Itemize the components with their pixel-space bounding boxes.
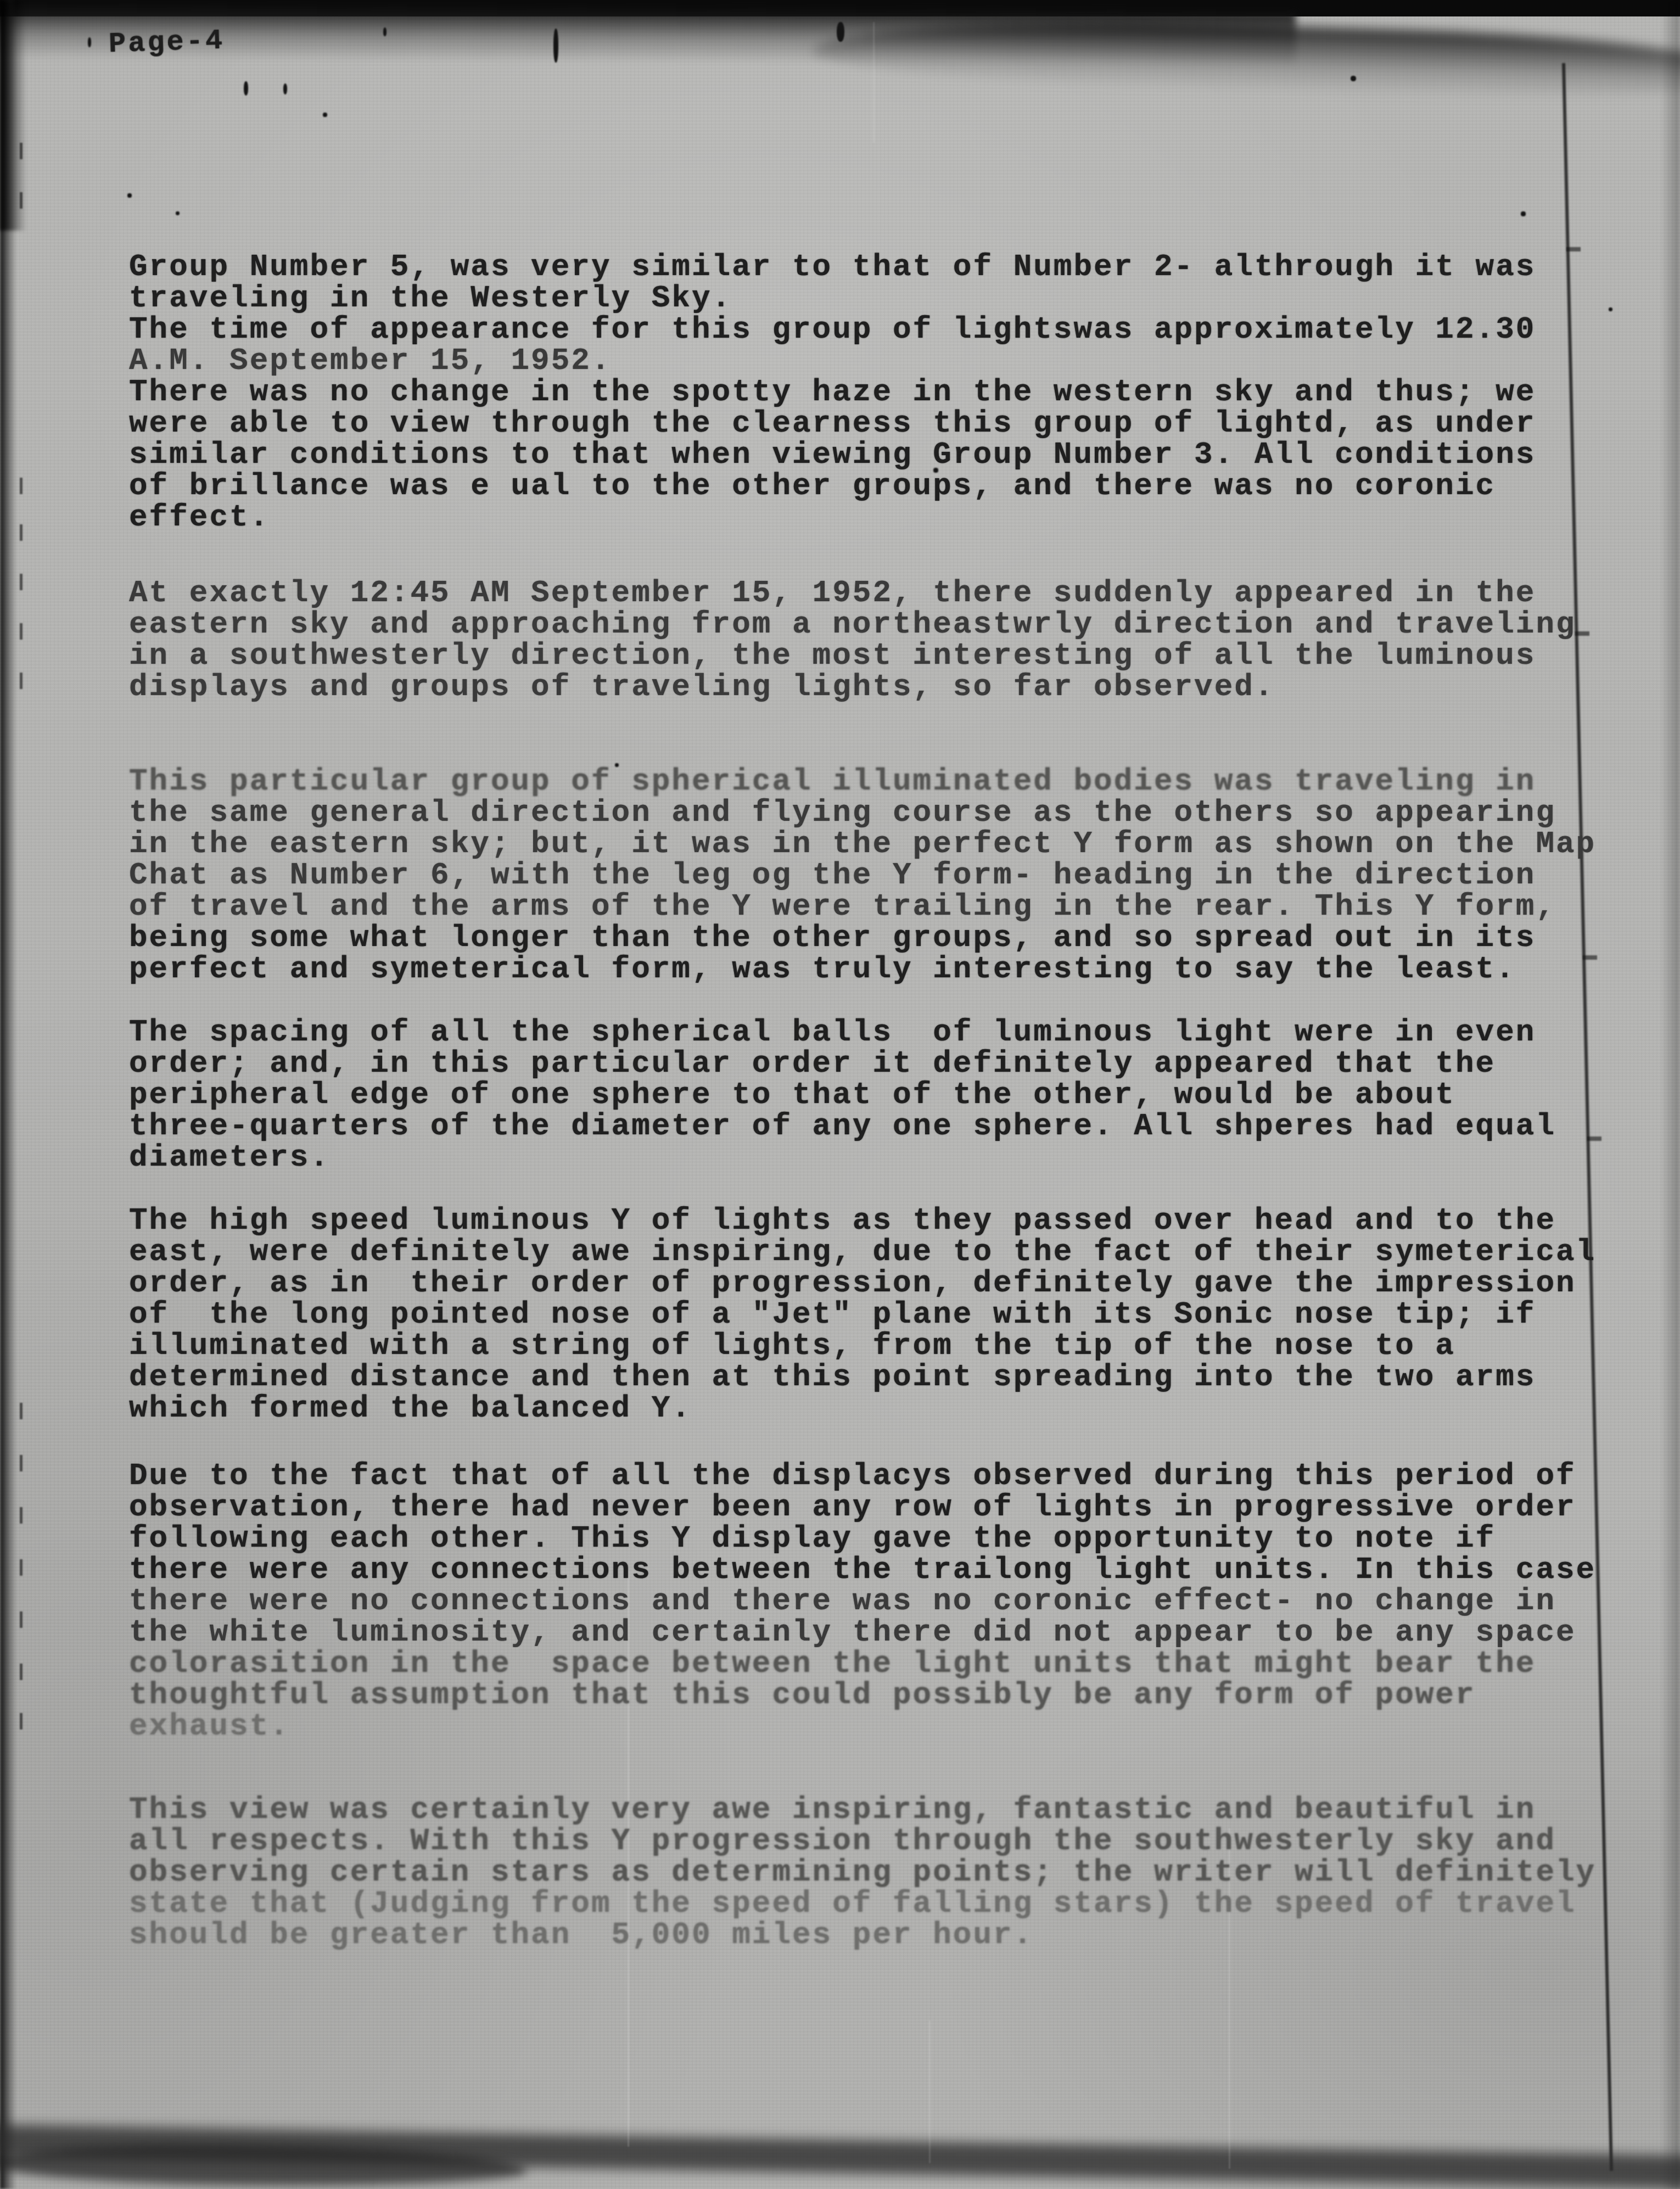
text-line: of brillance was e ual to the other grou…: [129, 471, 1536, 502]
text-line: A.M. September 15, 1952.: [129, 345, 1536, 377]
text-line: perfect and symeterical form, was truly …: [129, 954, 1596, 985]
paragraph: At exactly 12:45 AM September 15, 1952, …: [129, 578, 1576, 703]
text-line: effect.: [129, 502, 1536, 533]
scan-mark: [1566, 247, 1581, 251]
scan-mark: [20, 1403, 23, 1419]
text-line: in a southwesterly direction, the most i…: [129, 640, 1576, 671]
scan-mark: [20, 524, 23, 541]
scan-mark: [20, 1559, 23, 1576]
page-number: Page-4: [108, 25, 225, 61]
scan-mark: [20, 1713, 23, 1729]
scan-mark: [1609, 307, 1612, 311]
scan-mark: [1587, 1137, 1601, 1141]
text-line: peripheral edge of one sphere to that of…: [129, 1079, 1556, 1111]
scan-mark: [20, 192, 23, 209]
text-line: observation, there had never been any ro…: [129, 1492, 1596, 1523]
scan-mark: [20, 478, 23, 494]
scan-mark: [20, 1664, 23, 1680]
text-line: This particular group of spherical illum…: [129, 766, 1596, 797]
text-line: The spacing of all the spherical balls o…: [129, 1017, 1556, 1048]
scan-mark: [20, 1611, 23, 1628]
text-line: should be greater than 5,000 miles per h…: [129, 1919, 1596, 1951]
scan-left-edge-shadow: [0, 0, 16, 2189]
text-line: eastern sky and approaching from a north…: [129, 609, 1576, 640]
scan-mark: [1521, 211, 1526, 216]
text-line: of travel and the arms of the Y were tra…: [129, 891, 1596, 922]
scan-mark: [1351, 76, 1356, 81]
text-line: were able to view through the clearness …: [129, 408, 1536, 439]
scan-mark: [20, 1507, 23, 1524]
text-line: the white luminosity, and certainly ther…: [129, 1617, 1596, 1648]
text-line: There was no change in the spotty haze i…: [129, 377, 1536, 408]
scan-mark: [929, 2020, 931, 2163]
scan-mark: [20, 143, 23, 159]
text-line: diameters.: [129, 1142, 1556, 1173]
text-line: the same general direction and flying co…: [129, 797, 1596, 828]
text-line: order, as in their order of progression,…: [129, 1268, 1596, 1299]
scan-mark: [20, 623, 23, 640]
text-line: there were any connections between the t…: [129, 1554, 1596, 1586]
scan-mark: [1575, 631, 1589, 636]
scan-mark: [176, 211, 180, 215]
text-line: all respects. With this Y progression th…: [129, 1826, 1596, 1857]
text-line: Due to the fact that of all the displacy…: [129, 1460, 1596, 1492]
scan-top-fold-shadow: [812, 13, 1680, 106]
text-line: determined distance and then at this poi…: [129, 1362, 1596, 1393]
text-line: exhaust.: [129, 1711, 1596, 1742]
paragraph: The spacing of all the spherical balls o…: [129, 1017, 1556, 1173]
text-line: being some what longer than the other gr…: [129, 922, 1596, 954]
text-line: Chat as Number 6, with the leg og the Y …: [129, 860, 1596, 891]
text-line: At exactly 12:45 AM September 15, 1952, …: [129, 578, 1576, 609]
text-line: The high speed luminous Y of lights as t…: [129, 1205, 1596, 1236]
paragraph: Group Number 5, was very similar to that…: [129, 251, 1536, 533]
text-line: This view was certainly very awe inspiri…: [129, 1794, 1596, 1826]
scanned-document-page: Page-4 Group Number 5, was very similar …: [0, 0, 1680, 2189]
text-line: order; and, in this particular order it …: [129, 1048, 1556, 1079]
text-line: illuminated with a string of lights, fro…: [129, 1330, 1596, 1362]
text-line: of the long pointed nose of a "Jet" plan…: [129, 1299, 1596, 1330]
scan-mark: [873, 22, 875, 143]
scan-mark: [127, 193, 132, 198]
text-line: colorasition in the space between the li…: [129, 1648, 1596, 1679]
text-line: three-quarters of the diameter of any on…: [129, 1111, 1556, 1142]
scan-mark: [323, 113, 327, 117]
scan-mark: [20, 673, 23, 689]
text-line: displays and groups of traveling lights,…: [129, 671, 1576, 703]
text-line: in the eastern sky; but, it was in the p…: [129, 828, 1596, 860]
text-line: observing certain stars as determining p…: [129, 1857, 1596, 1888]
scan-mark: [837, 22, 844, 42]
paragraph: This particular group of spherical illum…: [129, 766, 1596, 985]
scan-right-edge-shadow: [1661, 0, 1680, 2189]
text-line: thoughtful assumption that this could po…: [129, 1679, 1596, 1711]
scan-mark: [553, 29, 558, 63]
text-line: state that (Judging from the speed of fa…: [129, 1888, 1596, 1919]
scan-mark: [20, 574, 23, 590]
text-line: east, were definitely awe inspiring, due…: [129, 1236, 1596, 1268]
scan-mark: [244, 81, 248, 96]
scan-mark: [20, 1455, 23, 1471]
paragraph: The high speed luminous Y of lights as t…: [129, 1205, 1596, 1424]
text-line: traveling in the Westerly Sky.: [129, 283, 1536, 314]
paragraph: This view was certainly very awe inspiri…: [129, 1794, 1596, 1951]
scan-mark: [283, 83, 287, 94]
text-line: there were no connections and there was …: [129, 1586, 1596, 1617]
scan-mark: [88, 37, 91, 47]
text-line: following each other. This Y display gav…: [129, 1523, 1596, 1554]
paragraph: Due to the fact that of all the displacy…: [129, 1460, 1596, 1742]
text-line: Group Number 5, was very similar to that…: [129, 251, 1536, 283]
scan-mark: [383, 27, 387, 36]
text-line: which formed the balanced Y.: [129, 1393, 1596, 1424]
text-line: similar conditions to that when viewing …: [129, 439, 1536, 471]
text-line: The time of appearance for this group of…: [129, 314, 1536, 345]
